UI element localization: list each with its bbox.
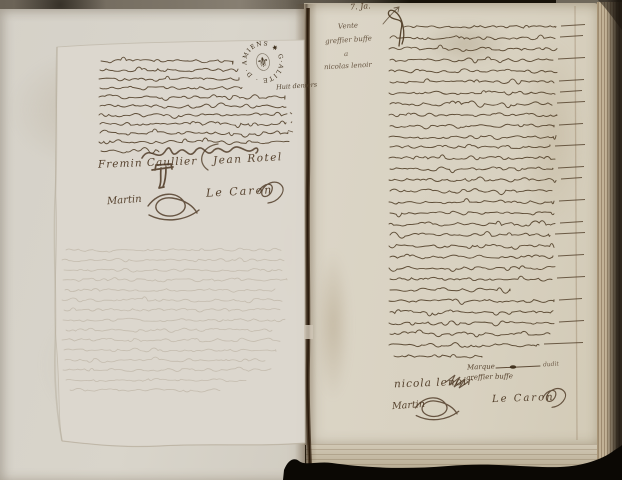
top-right-corner-shadow [598, 0, 622, 30]
handwriting-line [389, 299, 554, 304]
handwriting-line [390, 35, 555, 40]
right-page-handwriting-block [389, 25, 585, 358]
handwriting-line [390, 330, 550, 337]
handwriting-line [394, 355, 482, 358]
manuscript-photo: AMIENS ✱ G·ALITE · D· ⚜ [0, 0, 622, 480]
line-filler-dash [555, 145, 585, 147]
table-shadow [283, 445, 622, 480]
handwriting-line [390, 79, 554, 84]
line-filler-dash [559, 299, 582, 301]
line-filler-dash [561, 25, 585, 27]
margin-note-line: a [344, 50, 349, 58]
handwriting-line [390, 167, 553, 173]
handwriting-line [390, 57, 553, 63]
marque-dash [496, 366, 540, 368]
line-filler-dash [559, 80, 584, 82]
line-filler-dash [558, 58, 585, 60]
signature-martin-right: Martin [392, 399, 426, 412]
line-filler-dash [559, 200, 585, 202]
handwriting-line [390, 101, 552, 108]
handwriting-line [390, 276, 552, 281]
initial-letter-P [383, 7, 404, 46]
signature-le-caron-right: Le Caron [492, 392, 555, 405]
handwriting-line [389, 199, 554, 204]
margin-note-line: Vente [338, 21, 359, 30]
pasted-sheet [54, 40, 305, 447]
handwriting-line [389, 135, 556, 139]
handwriting-line [390, 254, 553, 259]
handwriting-line [389, 45, 557, 51]
line-filler-dash [560, 91, 582, 93]
handwriting-line [404, 25, 556, 28]
line-filler-dash [555, 233, 585, 235]
marque-ink-blob [510, 365, 516, 369]
line-filler-dash [557, 277, 585, 279]
line-filler-dash [559, 124, 583, 126]
handwriting-line [390, 189, 552, 195]
page-crease [575, 6, 577, 440]
gutter-crease [304, 8, 313, 466]
line-filler-dash [558, 167, 584, 169]
folio-date-mark: 7. Ja. [350, 1, 371, 11]
handwriting-line [389, 155, 555, 160]
handwriting-line [389, 177, 556, 182]
closing-dudit-label: dudit [543, 361, 559, 369]
handwriting-line [389, 266, 555, 272]
line-filler-dash [560, 222, 583, 224]
handwriting-line [390, 232, 550, 239]
handwriting-line [389, 113, 557, 117]
handwriting-line [389, 244, 554, 250]
handwriting-line [389, 69, 557, 73]
line-filler-dash [558, 255, 584, 257]
line-filler-dash [560, 36, 583, 38]
line-filler-dash [559, 321, 584, 323]
handwriting-line [390, 124, 554, 129]
handwriting-line [390, 288, 510, 294]
handwriting-line [390, 310, 553, 316]
line-filler-dash [561, 178, 582, 180]
handwriting-line [389, 343, 539, 348]
handwriting-line [389, 221, 555, 227]
handwriting-line [389, 321, 554, 326]
handwriting-line [390, 211, 554, 217]
handwriting-line [389, 91, 555, 95]
handwriting-layer: AMIENS ✱ G·ALITE · D· ⚜ [0, 0, 622, 480]
line-filler-dash [557, 102, 585, 104]
closing-marque-label: Marque [467, 363, 495, 372]
handwriting-line [390, 144, 550, 148]
